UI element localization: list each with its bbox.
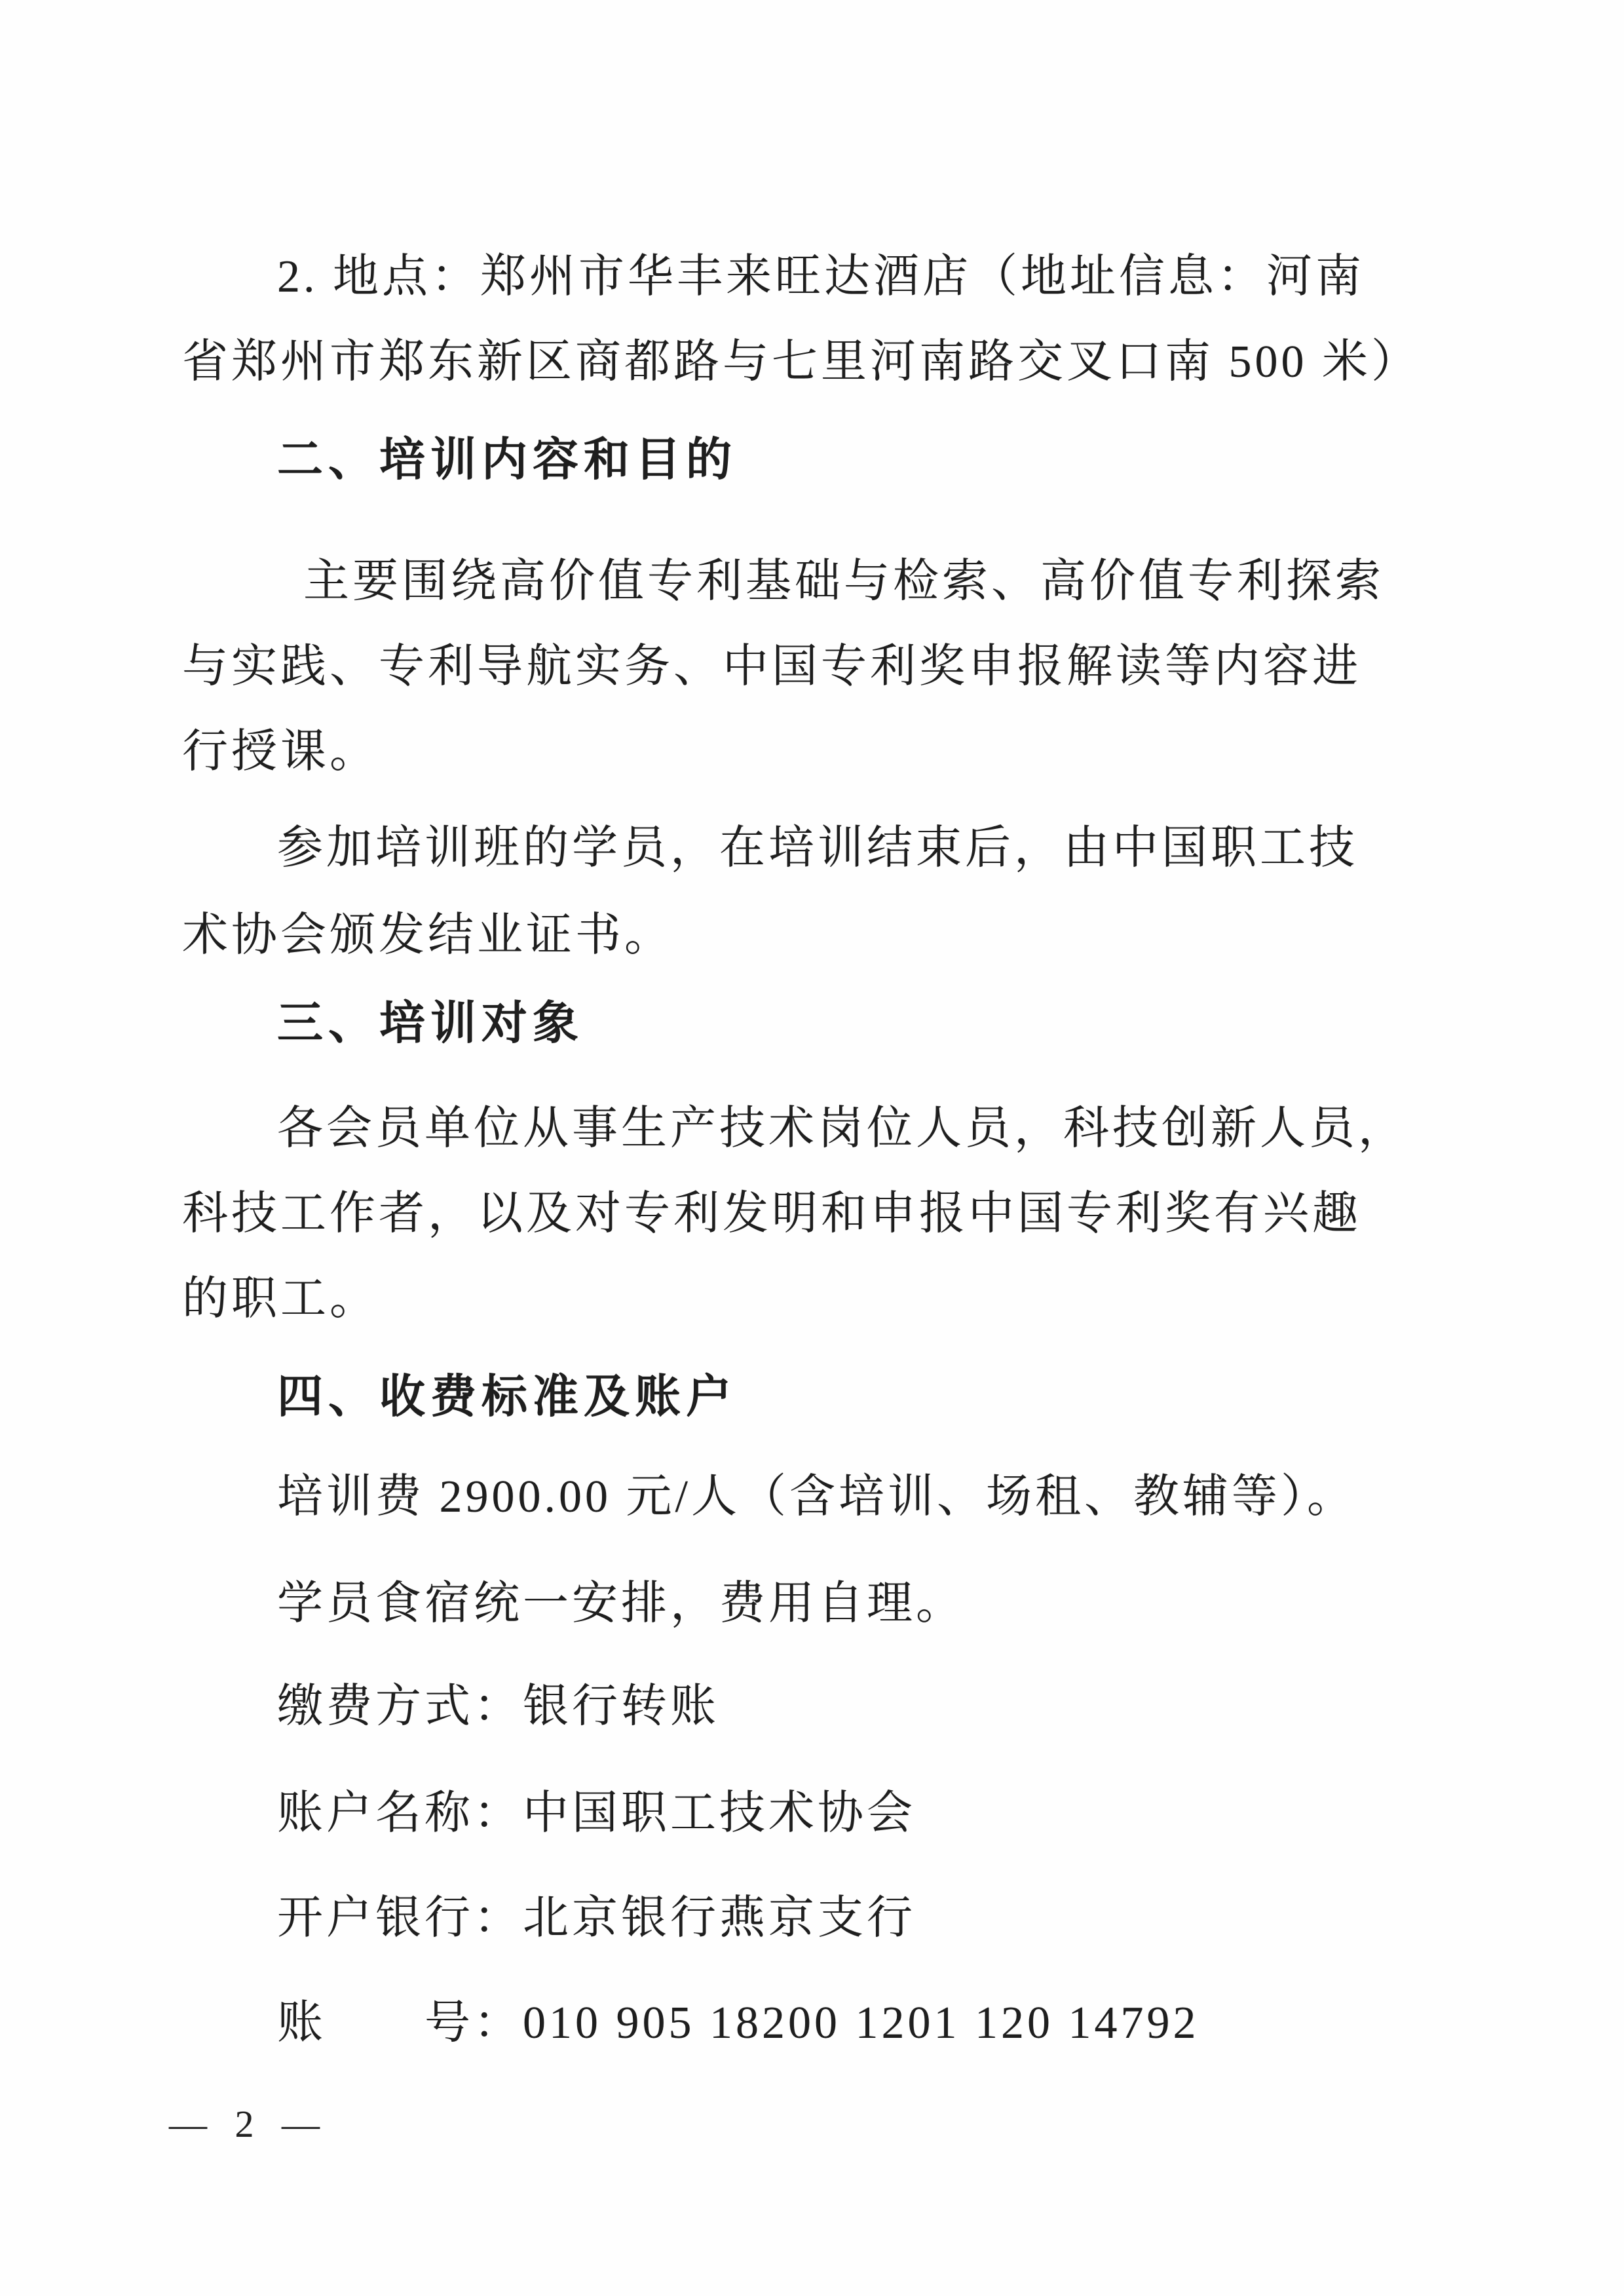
- page-number: — 2 —: [169, 2102, 329, 2146]
- audience-line-1: 各会员单位从事生产技术岗位人员，科技创新人员，: [277, 1103, 1407, 1155]
- section-heading-3: 三、培训对象: [277, 998, 584, 1050]
- certificate-line-2: 术协会颁发结业证书。: [182, 909, 673, 962]
- audience-line-2: 科技工作者，以及对专利发明和申报中国专利奖有兴趣: [182, 1188, 1361, 1240]
- account-name-line: 账户名称：中国职工技术协会: [277, 1788, 916, 1840]
- lodging-line: 学员食宿统一安排，费用自理。: [277, 1578, 965, 1630]
- account-number-line: 账 号：010 905 18200 1201 120 14792: [277, 1997, 1199, 2050]
- section-heading-4: 四、收费标准及账户: [277, 1371, 737, 1424]
- payment-method-line: 缴费方式：银行转账: [277, 1681, 719, 1733]
- content-line-3: 行授课。: [182, 726, 379, 778]
- certificate-line-1: 参加培训班的学员，在培训结束后，由中国职工技: [277, 822, 1358, 875]
- fee-line: 培训费 2900.00 元/人（含培训、场租、教辅等）。: [277, 1471, 1356, 1523]
- audience-line-3: 的职工。: [182, 1273, 379, 1326]
- document-content: 2. 地点：郑州市华丰来旺达酒店（地址信息：河南 省郑州市郑东新区商都路与七里河…: [182, 0, 1414, 2296]
- section-heading-2: 二、培训内容和目的: [277, 434, 737, 487]
- location-line-2: 省郑州市郑东新区商都路与七里河南路交叉口南 500 米）: [182, 336, 1420, 389]
- content-line-1: 主要围绕高价值专利基础与检索、高价值专利探索: [303, 556, 1384, 608]
- location-line-1: 2. 地点：郑州市华丰来旺达酒店（地址信息：河南: [277, 251, 1365, 303]
- document-page: 2. 地点：郑州市华丰来旺达酒店（地址信息：河南 省郑州市郑东新区商都路与七里河…: [0, 0, 1624, 2296]
- content-line-2: 与实践、专利导航实务、中国专利奖申报解读等内容进: [182, 641, 1361, 693]
- bank-line: 开户银行：北京银行燕京支行: [277, 1892, 916, 1945]
